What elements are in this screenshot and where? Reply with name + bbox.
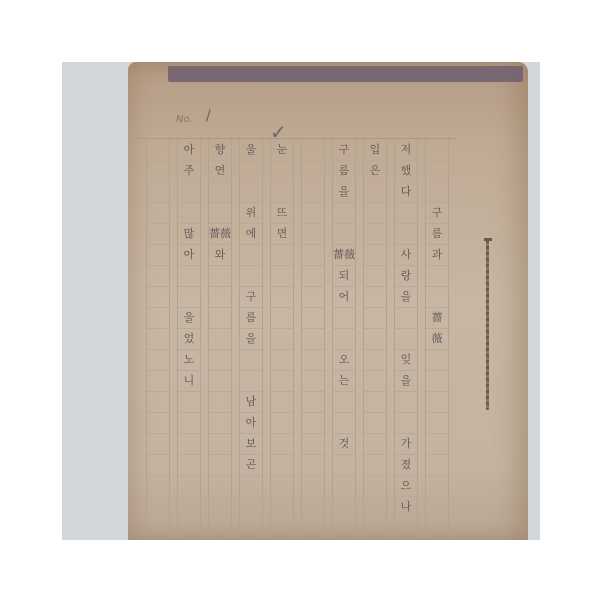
handwritten-glyph: 사 — [395, 248, 417, 262]
text-column: 구름을薔薇되어오는것 — [332, 139, 356, 539]
handwritten-glyph: 아 — [240, 416, 262, 430]
grid-cell-line — [209, 328, 231, 329]
handwritten-glyph: 것 — [333, 437, 355, 451]
grid-cell-line — [271, 496, 293, 497]
grid-cell-line — [395, 475, 417, 476]
grid-cell-line — [271, 349, 293, 350]
grid-cell-line — [364, 517, 386, 518]
grid-cell-line — [302, 496, 324, 497]
handwritten-glyph: 했 — [395, 164, 417, 178]
grid-cell-line — [240, 181, 262, 182]
grid-cell-line — [178, 181, 200, 182]
handwritten-glyph: 가 — [395, 437, 417, 451]
handwritten-glyph: 울 — [240, 143, 262, 157]
grid-cell-line — [209, 496, 231, 497]
grid-cell-line — [302, 202, 324, 203]
handwritten-glyph: 주 — [178, 164, 200, 178]
grid-cell-line — [147, 517, 169, 518]
grid-cell-line — [395, 328, 417, 329]
grid-cell-line — [178, 391, 200, 392]
grid-cell-line — [333, 475, 355, 476]
grid-cell-line — [364, 349, 386, 350]
handwritten-glyph: 름 — [333, 164, 355, 178]
grid-cell-line — [240, 265, 262, 266]
handwritten-glyph: 을 — [395, 374, 417, 388]
grid-cell-line — [209, 391, 231, 392]
grid-cell-line — [147, 265, 169, 266]
grid-cell-line — [426, 412, 448, 413]
handwritten-glyph: 아 — [178, 248, 200, 262]
handwritten-glyph: 랑 — [395, 269, 417, 283]
grid-cell-line — [302, 412, 324, 413]
grid-cell-line — [178, 454, 200, 455]
grid-cell-line — [209, 265, 231, 266]
grid-cell-line — [271, 433, 293, 434]
handwritten-glyph: 노 — [178, 353, 200, 367]
grid-cell-line — [333, 307, 355, 308]
grid-cell-line — [364, 160, 386, 161]
grid-cell-line — [302, 265, 324, 266]
grid-cell-line — [333, 202, 355, 203]
grid-cell-line — [364, 370, 386, 371]
grid-cell-line — [240, 433, 262, 434]
handwritten-glyph: 눈 — [271, 143, 293, 157]
binding-band — [168, 66, 523, 82]
grid-cell-line — [426, 202, 448, 203]
grid-cell-line — [240, 475, 262, 476]
grid-cell-line — [147, 433, 169, 434]
grid-cell-line — [147, 160, 169, 161]
handwritten-glyph: 에 — [240, 227, 262, 241]
grid-cell-line — [209, 181, 231, 182]
grid-cell-line — [147, 454, 169, 455]
grid-cell-line — [147, 286, 169, 287]
handwritten-glyph: 구 — [333, 143, 355, 157]
handwritten-glyph: 울 — [178, 311, 200, 325]
handwritten-glyph: 름 — [240, 311, 262, 325]
grid-cell-line — [395, 496, 417, 497]
grid-cell-line — [178, 328, 200, 329]
grid-cell-line — [240, 496, 262, 497]
grid-cell-line — [426, 160, 448, 161]
grid-cell-line — [240, 223, 262, 224]
grid-cell-line — [271, 328, 293, 329]
grid-cell-line — [209, 349, 231, 350]
handwritten-glyph: 薔薇 — [209, 227, 231, 241]
grid-cell-line — [240, 349, 262, 350]
grid-cell-line — [147, 328, 169, 329]
grid-cell-line — [209, 202, 231, 203]
grid-cell-line — [178, 370, 200, 371]
grid-cell-line — [395, 307, 417, 308]
handwritten-glyph: 니 — [178, 374, 200, 388]
grid-cell-line — [395, 412, 417, 413]
grid-cell-line — [364, 223, 386, 224]
grid-cell-line — [426, 328, 448, 329]
grid-cell-line — [333, 391, 355, 392]
grid-cell-line — [426, 307, 448, 308]
grid-cell-line — [209, 433, 231, 434]
grid-cell-line — [333, 370, 355, 371]
grid-cell-line — [240, 160, 262, 161]
handwritten-glyph: 아 — [178, 143, 200, 157]
handwritten-glyph: 보 — [240, 437, 262, 451]
grid-cell-line — [364, 412, 386, 413]
grid-cell-line — [271, 265, 293, 266]
handwritten-glyph: 다 — [395, 185, 417, 199]
grid-cell-line — [302, 160, 324, 161]
grid-cell-line — [271, 454, 293, 455]
handwritten-glyph: 많 — [178, 227, 200, 241]
grid-cell-line — [240, 517, 262, 518]
grid-cell-line — [240, 286, 262, 287]
grid-cell-line — [364, 244, 386, 245]
grid-cell-line — [147, 202, 169, 203]
grid-cell-line — [147, 412, 169, 413]
handwritten-glyph: 입 — [364, 143, 386, 157]
handwritten-glyph: 은 — [364, 164, 386, 178]
grid-cell-line — [395, 370, 417, 371]
grid-cell-line — [209, 475, 231, 476]
grid-cell-line — [271, 370, 293, 371]
grid-cell-line — [209, 517, 231, 518]
text-column: 울위에구름을남아보곤 — [239, 139, 263, 539]
grid-cell-line — [426, 433, 448, 434]
grid-cell-line — [271, 517, 293, 518]
grid-cell-line — [271, 307, 293, 308]
grid-cell-line — [333, 433, 355, 434]
grid-cell-line — [178, 202, 200, 203]
grid-cell-line — [426, 475, 448, 476]
grid-cell-line — [333, 496, 355, 497]
grid-cell-line — [395, 433, 417, 434]
text-column — [301, 139, 325, 539]
grid-cell-line — [364, 286, 386, 287]
grid-cell-line — [147, 370, 169, 371]
grid-cell-line — [302, 391, 324, 392]
handwritten-glyph: 면 — [271, 227, 293, 241]
grid-cell-line — [178, 307, 200, 308]
grid-cell-line — [209, 454, 231, 455]
grid-cell-line — [333, 244, 355, 245]
grid-cell-line — [333, 412, 355, 413]
grid-cell-line — [364, 328, 386, 329]
grid-cell-line — [178, 223, 200, 224]
grid-cell-line — [426, 454, 448, 455]
handwritten-glyph: 곤 — [240, 458, 262, 472]
grid-cell-line — [178, 412, 200, 413]
grid-cell-line — [271, 160, 293, 161]
grid-cell-line — [395, 286, 417, 287]
grid-cell-line — [271, 202, 293, 203]
grid-cell-line — [147, 349, 169, 350]
grid-cell-line — [147, 496, 169, 497]
grid-cell-line — [240, 328, 262, 329]
grid-cell-line — [178, 349, 200, 350]
grid-cell-line — [302, 307, 324, 308]
grid-cell-line — [240, 370, 262, 371]
grid-cell-line — [364, 433, 386, 434]
grid-cell-line — [426, 496, 448, 497]
grid-cell-line — [333, 454, 355, 455]
page-number-stroke: / — [206, 108, 211, 124]
grid-cell-line — [426, 286, 448, 287]
grid-cell-line — [240, 307, 262, 308]
grid-cell-line — [271, 412, 293, 413]
grid-cell-line — [395, 391, 417, 392]
grid-cell-line — [395, 517, 417, 518]
grid-cell-line — [364, 454, 386, 455]
handwritten-glyph: 남 — [240, 395, 262, 409]
handwritten-glyph: 을 — [240, 332, 262, 346]
grid-cell-line — [333, 181, 355, 182]
grid-cell-line — [178, 160, 200, 161]
grid-cell-line — [240, 454, 262, 455]
grid-cell-line — [364, 181, 386, 182]
grid-cell-line — [395, 349, 417, 350]
grid-cell-line — [209, 412, 231, 413]
grid-cell-line — [302, 370, 324, 371]
handwritten-glyph: 을 — [395, 290, 417, 304]
grid-cell-line — [302, 433, 324, 434]
grid-cell-line — [240, 244, 262, 245]
handwritten-glyph: 와 — [209, 248, 231, 262]
grid-cell-line — [395, 454, 417, 455]
handwritten-glyph: 었 — [178, 332, 200, 346]
handwritten-glyph: 오 — [333, 353, 355, 367]
text-column: 저했다사랑을잊을가졌으나 — [394, 139, 418, 539]
text-column — [146, 139, 170, 539]
handwritten-glyph: 졌 — [395, 458, 417, 472]
grid-cell-line — [333, 286, 355, 287]
handwritten-glyph: 위 — [240, 206, 262, 220]
grid-cell-line — [147, 244, 169, 245]
grid-cell-line — [209, 223, 231, 224]
handwritten-glyph: 저 — [395, 143, 417, 157]
grid-cell-line — [395, 223, 417, 224]
grid-cell-line — [364, 391, 386, 392]
grid-cell-line — [364, 307, 386, 308]
manuscript-sheet: No. / ✓ 구름과 薔薇저했다사랑을잊을가졌으나입은구름을薔薇되어오는것눈뜨… — [128, 62, 528, 540]
grid-cell-line — [333, 160, 355, 161]
handwritten-glyph: 름 — [426, 227, 448, 241]
handwritten-glyph: 나 — [395, 500, 417, 514]
grid-cell-line — [271, 286, 293, 287]
grid-cell-line — [178, 517, 200, 518]
grid-cell-line — [178, 433, 200, 434]
grid-cell-line — [147, 181, 169, 182]
grid-cell-line — [302, 349, 324, 350]
grid-cell-line — [302, 517, 324, 518]
grid-cell-line — [364, 265, 386, 266]
grid-cell-line — [364, 496, 386, 497]
grid-cell-line — [333, 265, 355, 266]
grid-cell-line — [209, 160, 231, 161]
grid-cell-line — [302, 181, 324, 182]
grid-cell-line — [333, 328, 355, 329]
grid-cell-line — [395, 244, 417, 245]
grid-cell-line — [302, 244, 324, 245]
handwritten-glyph: 는 — [333, 374, 355, 388]
grid-cell-line — [426, 391, 448, 392]
handwritten-glyph: 연 — [209, 164, 231, 178]
text-column: 아주많아울었노니 — [177, 139, 201, 539]
binding-string — [486, 240, 489, 410]
handwritten-glyph: 薇 — [426, 332, 448, 346]
grid-cell-line — [302, 223, 324, 224]
handwritten-glyph: 뜨 — [271, 206, 293, 220]
grid-cell-line — [240, 412, 262, 413]
grid-cell-line — [240, 391, 262, 392]
handwritten-glyph: 잊 — [395, 353, 417, 367]
grid-cell-line — [395, 265, 417, 266]
grid-cell-line — [426, 349, 448, 350]
grid-cell-line — [333, 349, 355, 350]
grid-cell-line — [302, 328, 324, 329]
grid-cell-line — [178, 244, 200, 245]
grid-cell-line — [240, 202, 262, 203]
text-column: 입은 — [363, 139, 387, 539]
grid-cell-line — [209, 307, 231, 308]
grid-cell-line — [333, 517, 355, 518]
handwritten-glyph: 되 — [333, 269, 355, 283]
grid-cell-line — [271, 391, 293, 392]
grid-cell-line — [147, 391, 169, 392]
grid-cell-line — [395, 202, 417, 203]
handwritten-glyph: 으 — [395, 479, 417, 493]
page-number-label: No. — [176, 114, 193, 125]
grid-cell-line — [302, 286, 324, 287]
grid-cell-line — [271, 475, 293, 476]
text-column: 눈뜨면 — [270, 139, 294, 539]
grid-cell-line — [364, 202, 386, 203]
handwritten-glyph: 구 — [240, 290, 262, 304]
grid-cell-line — [178, 496, 200, 497]
grid-cell-line — [426, 370, 448, 371]
handwritten-glyph: 향 — [209, 143, 231, 157]
title-column: 구름과 薔薇 — [425, 139, 449, 539]
handwritten-glyph: 구 — [426, 206, 448, 220]
manuscript-grid: 구름과 薔薇저했다사랑을잊을가졌으나입은구름을薔薇되어오는것눈뜨면울위에구름을남… — [138, 138, 456, 539]
grid-cell-line — [302, 475, 324, 476]
grid-cell-line — [426, 181, 448, 182]
grid-cell-line — [271, 223, 293, 224]
grid-cell-line — [395, 181, 417, 182]
grid-cell-line — [209, 244, 231, 245]
grid-cell-line — [333, 223, 355, 224]
grid-cell-line — [271, 181, 293, 182]
grid-cell-line — [147, 475, 169, 476]
handwritten-glyph: 을 — [333, 185, 355, 199]
grid-cell-line — [271, 244, 293, 245]
grid-cell-line — [395, 160, 417, 161]
grid-cell-line — [302, 454, 324, 455]
grid-cell-line — [178, 475, 200, 476]
handwritten-glyph: 薔薇 — [333, 248, 355, 262]
text-column: 향연薔薇와 — [208, 139, 232, 539]
grid-cell-line — [209, 286, 231, 287]
grid-cell-line — [147, 307, 169, 308]
grid-cell-line — [209, 370, 231, 371]
grid-cell-line — [364, 475, 386, 476]
grid-cell-line — [426, 517, 448, 518]
grid-cell-line — [426, 223, 448, 224]
handwritten-glyph: 과 — [426, 248, 448, 262]
grid-cell-line — [147, 223, 169, 224]
grid-cell-line — [178, 286, 200, 287]
handwritten-glyph: 薔 — [426, 311, 448, 325]
grid-cell-line — [178, 265, 200, 266]
grid-cell-line — [426, 265, 448, 266]
grid-cell-line — [426, 244, 448, 245]
handwritten-glyph: 어 — [333, 290, 355, 304]
